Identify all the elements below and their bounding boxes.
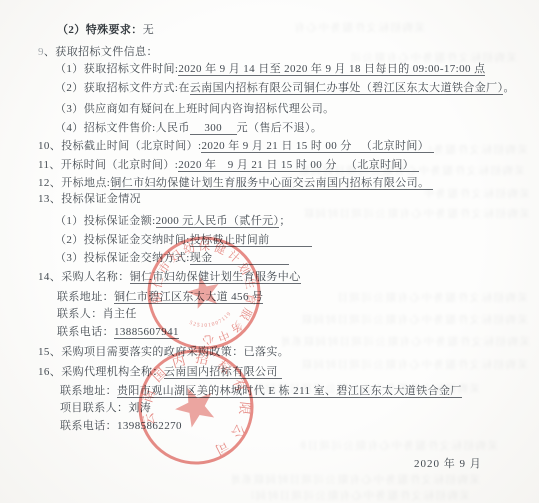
bleedthrough-text: 采购招标文件服务中心有限公司项目时间联系地址政策落实供应商资格要求说明文件第二章: [300, 312, 528, 327]
field-value: 13885607941: [114, 326, 179, 339]
bleedthrough-text: 采购招标文件服务中心有限公司项目时间联系地址政策落实供应商资格要求说明文件第二章: [295, 20, 425, 35]
document-line: （2）特殊要求：无: [57, 23, 154, 38]
field-label: 联系电话：: [57, 326, 114, 338]
field-label: 项目联系人：刘涛: [60, 402, 151, 414]
field-label: 、获取招标文件信息：: [44, 46, 158, 58]
bleedthrough-text: 采购招标文件服务中心有限公司项目时间联系地址政策落实供应商资格要求说明文件第二章: [300, 438, 498, 453]
field-value: 贵阳市观山湖区美的林城时代 E 栋 211 室、碧江区东太大道铁合金厂: [117, 385, 462, 398]
field-label: 11、开标时间（北京时间）:: [38, 159, 178, 171]
document-line: （1）获取招标文件时间:2020 年 9 月 14 日至 2020 年 9 月 …: [55, 62, 485, 77]
field-label: 13、投标保证金情况: [38, 193, 141, 205]
field-label: ；: [279, 215, 290, 227]
scanned-tender-document-page: （2）特殊要求：无9、获取招标文件信息：（1）获取招标文件时间:2020 年 9…: [0, 0, 539, 503]
bleedthrough-text: 采购招标文件服务中心有限公司项目时间联系地址政策落实供应商资格要求说明文件第二章: [282, 334, 530, 349]
document-line: （4）招标文件售价:人民币 300 元（售后不退）。: [55, 121, 322, 136]
document-line: 15、采购项目需要落实的政府采购政策：已落实。: [38, 345, 289, 360]
field-label: 联系地址：: [57, 291, 114, 303]
bleedthrough-text: 采购招标文件服务中心有限公司项目时间联系地址政策落实供应商资格要求说明文件第二章: [428, 142, 528, 157]
field-label: 元（售后不退）。: [237, 122, 323, 134]
document-line: 联系地址：铜仁市碧江区东太大道 456 号: [57, 290, 263, 305]
field-label: 12、开标地点:: [38, 177, 110, 189]
field-value: 铜仁市碧江区东太大道 456 号: [114, 291, 263, 304]
field-label: 联系电话：13985862270: [60, 420, 182, 432]
document-line: 联系电话：13985862270: [60, 419, 182, 434]
bleedthrough-text: 采购招标文件服务中心有限公司项目时间联系地址政策落实供应商资格要求说明文件第二章: [300, 357, 528, 372]
field-label: 无: [143, 24, 154, 36]
field-value: 2000 元人民币（贰仟元）: [156, 215, 280, 228]
field-label: 联系人：肖主任: [57, 308, 137, 320]
field-label: 10、投标截止时间（北京时间）:: [38, 140, 201, 152]
field-value: 300: [190, 122, 237, 135]
bleedthrough-text: 采购招标文件服务中心有限公司项目时间联系地址政策落实供应商资格要求说明文件第二章: [338, 290, 528, 305]
field-label: （2）特殊要求：: [57, 24, 143, 36]
field-label: 14、采购人名称：: [38, 271, 130, 283]
field-value: 2020 年 9 月 14 日至 2020 年 9 月 18 日每日的 09:0…: [178, 63, 485, 76]
field-value: 铜仁市妇幼保健计划生育服务中心面交云南国内招标有限公司。: [110, 177, 433, 190]
document-line: 9、获取招标文件信息：: [38, 45, 158, 60]
field-label: （2）投标保证金交纳时间:: [55, 234, 190, 246]
field-value: 2020 年 9 月 21 日 15 时 00 分 （北京时间）: [201, 140, 434, 153]
document-line: 14、采购人名称：铜仁市妇幼保健计划生育服务中心: [38, 270, 301, 285]
field-label: 15、采购项目需要落实的政府采购政策：已落实。: [38, 346, 289, 358]
document-line: （2）投标保证金交纳时间:投标截止时间前: [55, 233, 312, 248]
document-line: 16、采购代理机构全称：云南国内招标有限公司: [38, 365, 282, 380]
document-line: 联系人：肖主任: [57, 307, 137, 322]
field-value: 2020 年 9 月 21 日 15 时 00 分 （北京时间）: [178, 159, 419, 172]
document-line: 13、投标保证金情况: [38, 192, 141, 207]
field-label: （4）招标文件售价:人民币: [55, 122, 190, 134]
document-line: 联系电话：13885607941: [57, 325, 179, 340]
document-line: 项目联系人：刘涛: [60, 401, 151, 416]
field-label: （3）供应商如有疑问在上班时间内咨询招标代理公司。: [55, 103, 335, 115]
document-line: （2）获取招标文件方式:在云南国内招标有限公司铜仁办事处（碧江区东太大道铁合金厂…: [55, 81, 515, 96]
document-line: （3）投标保证金交纳方式:现金: [55, 251, 289, 266]
field-value: 云南国内招标有限公司: [164, 366, 282, 379]
field-label: 。: [503, 82, 514, 94]
bleedthrough-text: 采购招标文件服务中心有限公司项目时间联系地址政策落实供应商资格要求说明文件第二章: [425, 186, 530, 201]
document-line: （1）投标保证金额:2000 元人民币（贰仟元）；: [55, 214, 291, 229]
document-line: 11、开标时间（北京时间）:2020 年 9 月 21 日 15 时 00 分 …: [38, 158, 419, 173]
document-line: 10、投标截止时间（北京时间）:2020 年 9 月 21 日 15 时 00 …: [38, 139, 434, 154]
bleedthrough-text: 采购招标文件服务中心有限公司项目时间联系地址政策落实供应商资格要求说明文件第二章: [232, 472, 480, 487]
field-value: 现金: [190, 252, 289, 265]
bleedthrough-text: 采购招标文件服务中心有限公司项目时间联系地址政策落实供应商资格要求说明文件第二章: [252, 488, 470, 503]
field-label: （1）获取招标文件时间:: [55, 63, 178, 75]
field-value: 投标截止时间前: [190, 234, 312, 247]
document-line: （3）供应商如有疑问在上班时间内咨询招标代理公司。: [55, 102, 335, 117]
field-label: （3）投标保证金交纳方式:: [55, 252, 190, 264]
field-label: 16、采购代理机构全称：: [38, 366, 164, 378]
field-value: 铜仁市妇幼保健计划生育服务中心: [130, 271, 301, 284]
bleedthrough-text: 采购招标文件服务中心有限公司项目时间联系地址政策落实供应商资格要求说明文件第二章: [305, 206, 530, 221]
document-line: 12、开标地点:铜仁市妇幼保健计划生育服务中心面交云南国内招标有限公司。: [38, 176, 433, 191]
seal-serial-number: 525101007119: [187, 310, 235, 334]
field-label: （2）获取招标文件方式:在: [55, 82, 190, 94]
field-label: 联系地址：: [60, 385, 117, 397]
field-value: 云南国内招标有限公司铜仁办事处（碧江区东太大道铁合金厂）: [190, 82, 504, 95]
field-label: （1）投标保证金额:: [55, 215, 156, 227]
document-line: 联系地址：贵阳市观山湖区美的林城时代 E 栋 211 室、碧江区东太大道铁合金厂: [60, 384, 462, 399]
document-date: 2020 年 9 月: [414, 455, 482, 471]
